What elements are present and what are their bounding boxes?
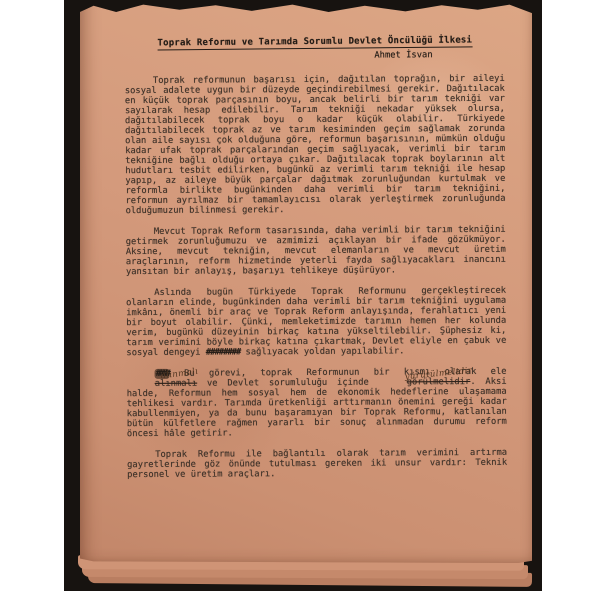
paragraph-3: Aslında bugün Türkiyede Toprak Reformunu…	[126, 286, 506, 358]
document-photo-backdrop: Toprak Reformu ve Tarımda Sorumlu Devlet…	[64, 0, 542, 591]
strikeout-overtype: ########	[206, 347, 240, 357]
paragraph-4: #### Bu görevi, toprak Reformunun bir kı…	[127, 367, 507, 439]
title-row: Toprak Reformu ve Tarımda Sorumlu Devlet…	[125, 36, 505, 50]
document-title: Toprak Reformu ve Tarımda Sorumlu Devlet…	[157, 35, 472, 50]
paper-sheet: Toprak Reformu ve Tarımda Sorumlu Devlet…	[80, 3, 532, 563]
typed-content: Toprak Reformu ve Tarımda Sorumlu Devlet…	[78, 2, 533, 565]
pen-edit: alınmalıalınmalı	[127, 379, 198, 389]
author-name: Ahmet İsvan	[125, 50, 505, 62]
paragraph-1: Toprak reformunun başarısı için, dağıtıl…	[125, 74, 506, 216]
paragraph-3-text: sağlıyacak yoldan yapılabilir.	[240, 346, 404, 357]
paragraph-2: Mevcut Toprak Reform tasarısında, daha v…	[126, 225, 506, 277]
paragraph-5: Toprak Reformu ile bağlantılı olarak tar…	[127, 448, 507, 480]
pen-edit: görülmelidiryürütülmelidir	[379, 377, 471, 388]
